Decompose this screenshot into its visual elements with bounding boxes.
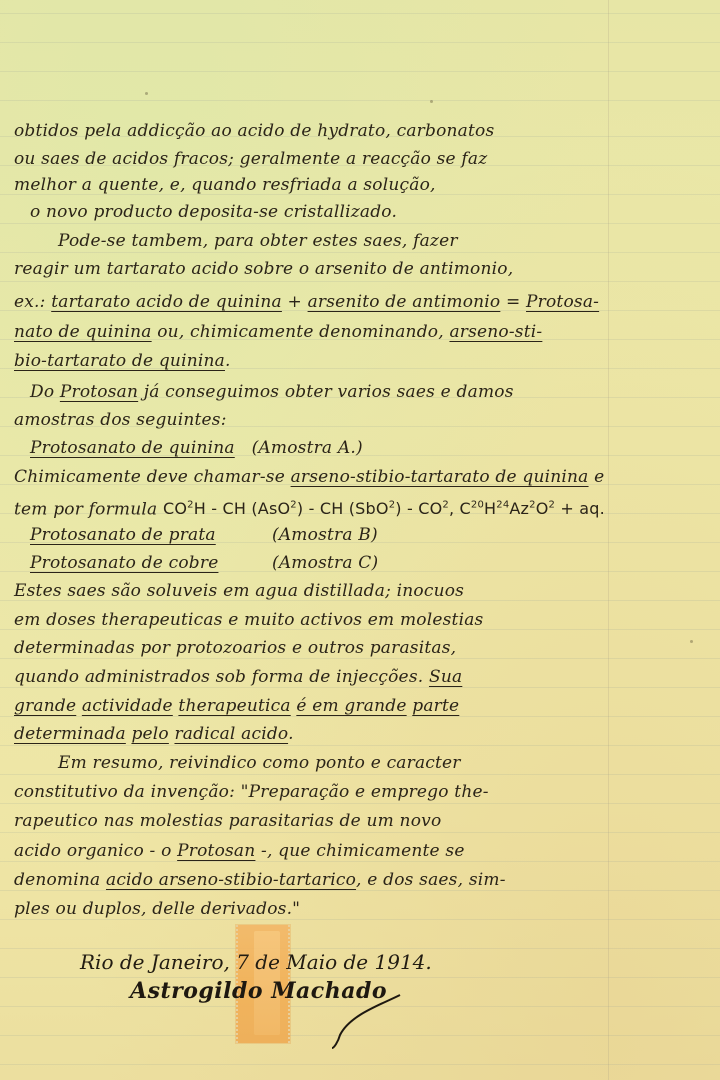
text-line-25: rapeutico nas molestias parasitarias de … (14, 810, 614, 832)
underlined-term: Protosanato de prata (30, 525, 216, 545)
sample-label: (Amostra A.) (252, 438, 363, 458)
underlined-term: tartarato acido de quinina (51, 292, 282, 312)
text-line-27: denomina acido arseno-stibio-tartarico, … (14, 869, 614, 891)
text-line-18: em doses therapeuticas e muito activos e… (14, 609, 614, 631)
underlined-term: bio-tartarato de quinina (14, 351, 225, 371)
text-line-15: Protosanato de prata (Amostra B) (30, 524, 630, 546)
text-line-2: ou saes de acidos fracos; geralmente a r… (14, 148, 614, 170)
text-span: tem por formula (14, 499, 157, 519)
text-line-19: determinadas por protozoarios e outros p… (14, 637, 614, 659)
underlined-term: acido arseno-stibio-tartarico (106, 870, 356, 890)
text-line-7: ex.: tartarato acido de quinina + arseni… (14, 291, 614, 313)
underlined-term: arsenito de antimonio (308, 292, 501, 312)
text-line-21: grande actividade therapeutica é em gran… (14, 695, 614, 717)
paper-speck (690, 640, 693, 643)
text-line-23: Em resumo, reivindico como ponto e carac… (58, 752, 658, 774)
text-line-9: bio-tartarato de quinina. (14, 350, 614, 372)
paper-speck (430, 100, 433, 103)
underlined-term: Protosanato de cobre (30, 553, 218, 573)
underlined-term: Protosanato de quinina (30, 438, 235, 458)
text-span: e (594, 467, 604, 487)
underlined-term: actividade (82, 696, 173, 716)
text-span: quando administrados sob forma de injecç… (14, 667, 423, 687)
text-line-22: determinada pelo radical acido. (14, 723, 614, 745)
underlined-term: radical acido (174, 724, 288, 744)
underlined-term: parte (412, 696, 459, 716)
text-line-20: quando administrados sob forma de injecç… (14, 666, 614, 688)
example-label: ex.: (14, 292, 46, 312)
text-line-5: Pode-se tambem, para obter estes saes, f… (58, 230, 658, 252)
text-line-26: acido organico - o Protosan -, que chimi… (14, 840, 614, 862)
underlined-term: therapeutica (178, 696, 290, 716)
underlined-term: Protosa- (526, 292, 599, 312)
underlined-term: grande (14, 696, 76, 716)
text-line-16: Protosanato de cobre (Amostra C) (30, 552, 630, 574)
period: . (225, 351, 231, 371)
underlined-term: Protosan (60, 382, 138, 402)
text-line-4: o novo producto deposita-se cristallizad… (30, 201, 630, 223)
underlined-term: arseno-stibio-tartarato de quinina (291, 467, 589, 487)
text-span: denomina (14, 870, 100, 890)
paper-speck (145, 92, 148, 95)
text-line-14: tem por formula CO2H - CH (AsO2) - CH (S… (14, 495, 614, 520)
underlined-term: pelo (131, 724, 168, 744)
text-line-10: Do Protosan já conseguimos obter varios … (30, 381, 630, 403)
text-line-8: nato de quinina ou, chimicamente denomin… (14, 321, 614, 343)
text-span: já conseguimos obter varios saes e damos (144, 382, 514, 402)
text-line-13: Chimicamente deve chamar-se arseno-stibi… (14, 466, 614, 488)
underlined-term: Protosan (177, 841, 255, 861)
underlined-term: arseno-sti- (449, 322, 542, 342)
text-span: acido organico - o (14, 841, 172, 861)
sample-label: (Amostra B) (272, 524, 378, 546)
text-line-17: Estes saes são soluveis em agua distilla… (14, 580, 614, 602)
chemical-formula: CO2H - CH (AsO2) - CH (SbO2) - CO2, C20H… (163, 499, 605, 518)
underlined-term: nato de quinina (14, 322, 152, 342)
text-line-1: obtidos pela addicção ao acido de hydrat… (14, 120, 614, 142)
text-line-28: ples ou duplos, delle derivados." (14, 898, 614, 920)
equals-sign: = (506, 292, 520, 312)
sample-label: (Amostra C) (272, 552, 378, 574)
text-line-6: reagir um tartarato acido sobre o arseni… (14, 258, 614, 280)
plus-sign: + (288, 292, 302, 312)
text-line-12: Protosanato de quinina (Amostra A.) (30, 437, 630, 459)
underlined-term: é em grande (296, 696, 406, 716)
signature-flourish-icon (320, 990, 420, 1050)
text-span: Do (30, 382, 54, 402)
text-line-3: melhor a quente, e, quando resfriada a s… (14, 174, 614, 196)
text-span: ou, chimicamente denominando, (157, 322, 444, 342)
text-span: , e dos saes, sim- (356, 870, 506, 890)
text-span: -, que chimicamente se (261, 841, 465, 861)
text-span: Chimicamente deve chamar-se (14, 467, 285, 487)
text-line-11: amostras dos seguintes: (14, 409, 614, 431)
text-line-24: constitutivo da invenção: "Preparação e … (14, 781, 614, 803)
underlined-term: Sua (429, 667, 462, 687)
document-page: obtidos pela addicção ao acido de hydrat… (0, 0, 720, 1080)
underlined-term: determinada (14, 724, 126, 744)
place-and-date: Rio de Janeiro, 7 de Maio de 1914. (80, 950, 432, 974)
